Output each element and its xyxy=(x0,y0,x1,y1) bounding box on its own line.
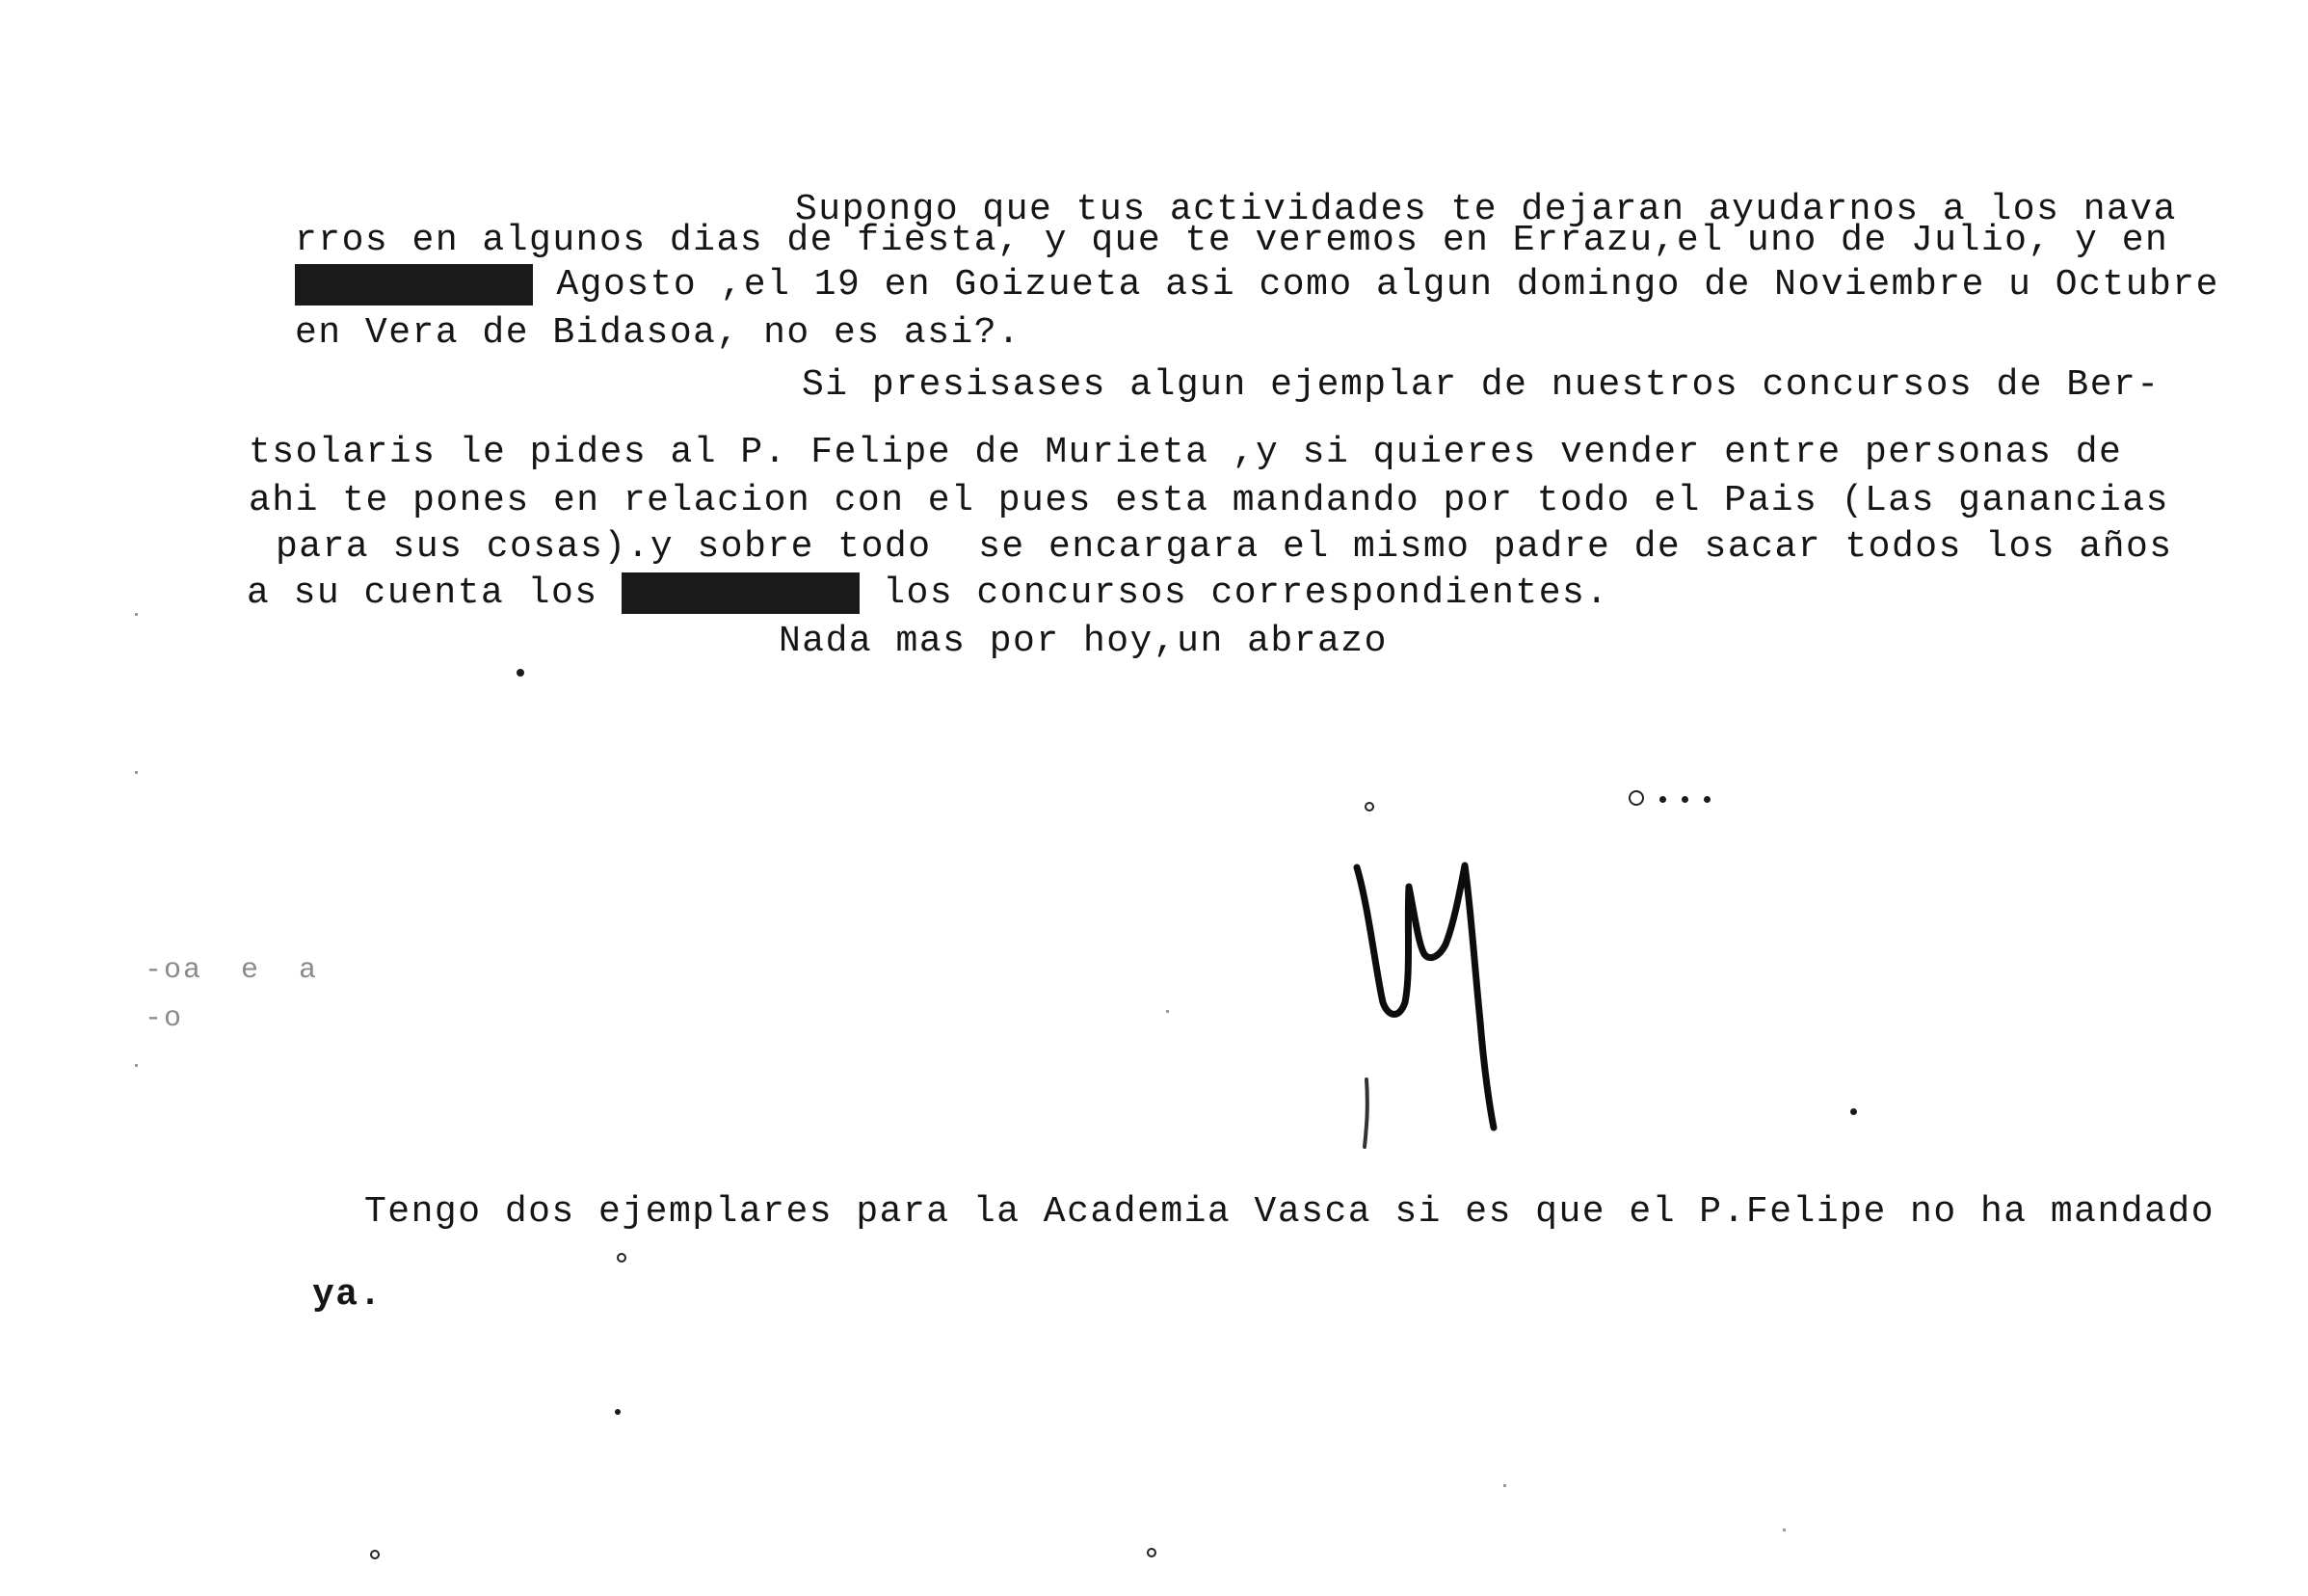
ink-ring xyxy=(1629,790,1644,806)
ink-ring xyxy=(370,1550,380,1559)
ink-ring xyxy=(1147,1548,1156,1557)
scanned-letter-page: Supongo que tus actividades te dejaran a… xyxy=(0,0,2308,1596)
paragraph-2-line-1: Si presisases algun ejemplar de nuestros… xyxy=(802,364,2161,407)
paper-speck xyxy=(1503,1484,1506,1487)
paragraph-2-line-2: tsolaris le pides al P. Felipe de Muriet… xyxy=(249,432,2122,474)
paper-speck xyxy=(135,1064,138,1067)
paragraph-2-line-5-post: los concursos correspondientes. xyxy=(860,572,1609,614)
ink-dot xyxy=(1659,796,1666,803)
closing-line: Nada mas por hoy,un abrazo xyxy=(779,621,1388,663)
struck-out-word: Septiembre xyxy=(295,264,533,306)
paragraph-1-line-4: en Vera de Bidasoa, no es asi?. xyxy=(295,312,1021,355)
ink-dot xyxy=(1682,796,1688,803)
margin-mark-1: -oa e a xyxy=(145,954,318,987)
ink-dot xyxy=(517,669,524,677)
ink-ring xyxy=(1365,802,1374,811)
postscript-line-2: ya. xyxy=(312,1274,383,1317)
postscript-line-1: Tengo dos ejemplares para la Academia Va… xyxy=(364,1191,2215,1234)
paragraph-1-line-3-text: Agosto ,el 19 en Goizueta asi como algun… xyxy=(533,264,2219,306)
ink-ring xyxy=(617,1253,626,1263)
handwritten-signature xyxy=(1330,848,1523,1176)
paragraph-1-line-3: Septiembre Agosto ,el 19 en Goizueta asi… xyxy=(295,264,2219,306)
paper-speck xyxy=(1166,1010,1169,1013)
paragraph-2-line-5-pre: a su cuenta los xyxy=(247,572,622,614)
paragraph-2-line-5: a su cuenta los xxxxxxxxxx los concursos… xyxy=(247,572,1609,615)
paragraph-2-line-3: ahi te pones en relacion con el pues est… xyxy=(249,480,2169,522)
margin-mark-2: -o xyxy=(145,1002,222,1035)
ink-dot xyxy=(1704,796,1711,803)
paragraph-2-line-4: para sus cosas).y sobre todo se encargar… xyxy=(276,526,2173,569)
ink-dot xyxy=(1850,1108,1857,1115)
paragraph-1-line-2: rros en algunos dias de fiesta, y que te… xyxy=(295,220,2168,262)
paper-speck xyxy=(135,771,138,774)
struck-out-word: xxxxxxxxxx xyxy=(622,572,860,614)
paper-speck xyxy=(1783,1529,1786,1531)
paper-speck xyxy=(135,613,138,616)
ink-dot xyxy=(615,1409,621,1415)
